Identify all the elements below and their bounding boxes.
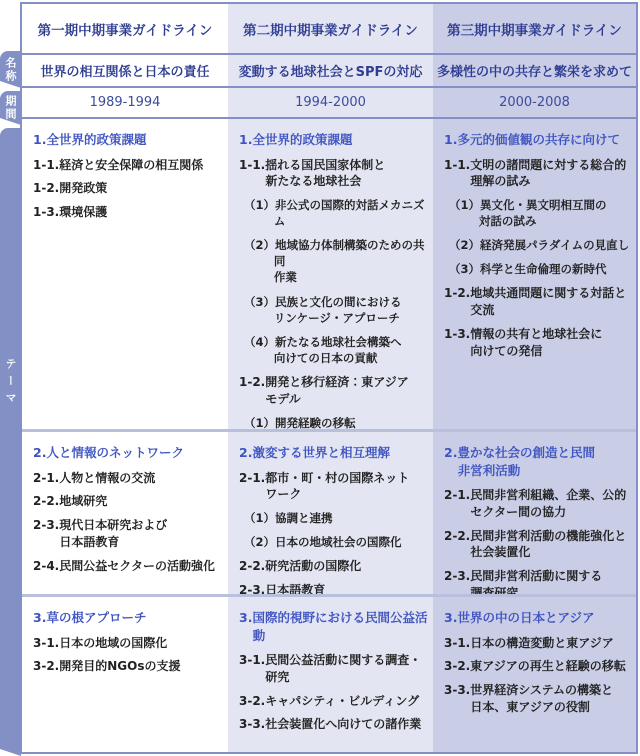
theme-heading: 2.激変する世界と相互理解	[239, 444, 429, 462]
side-tab-period-label: 期間	[0, 95, 21, 121]
column-period-1: 1989-1994	[22, 88, 228, 117]
theme-heading: 1.全世界的政策課題	[239, 131, 429, 149]
theme-cell-3-2: 2.豊かな社会の創造と民間 非営利活動2-1.民間非営利組織、企業、公的 セクタ…	[433, 432, 636, 594]
theme-item: （1）異文化・異文明相互間の 対話の試み	[449, 197, 632, 229]
theme-item: 1-3.情報の共有と地球社会に 向けての発信	[444, 326, 632, 360]
theme-item: 2-3.現代日本研究および 日本語教育	[33, 517, 224, 551]
theme-item: （4）新たなる地球社会構築へ 向けての日本の貢献	[244, 334, 429, 366]
name-row: 世界の相互関係と日本の責任 変動する地球社会とSPFの対応 多様性の中の共存と繁…	[22, 55, 636, 88]
theme-item: 1-2.開発政策	[33, 180, 224, 197]
theme-item: 1-1.経済と安全保障の相互関係	[33, 157, 224, 174]
theme-item: 3-3.世界経済システムの構築と 日本、東アジアの役割	[444, 682, 632, 716]
theme-heading: 2.豊かな社会の創造と民間 非営利活動	[444, 444, 632, 479]
theme-row-1: 1.全世界的政策課題1-1.経済と安全保障の相互関係1-2.開発政策1-3.環境…	[22, 119, 636, 432]
guideline-comparison: 名称 期間 テーマ 第一期中期事業ガイドライン 第二期中期事業ガイドライン 第三…	[0, 0, 640, 756]
comparison-table: 第一期中期事業ガイドライン 第二期中期事業ガイドライン 第三期中期事業ガイドライ…	[20, 2, 638, 754]
theme-item: （1）協調と連携	[244, 510, 429, 526]
theme-cell-1-2: 2.人と情報のネットワーク2-1.人物と情報の交流2-2.地域研究2-3.現代日…	[22, 432, 228, 594]
theme-item: 3-1.日本の地域の国際化	[33, 635, 224, 652]
side-tab-period: 期間	[0, 91, 21, 125]
theme-heading: 3.世界の中の日本とアジア	[444, 609, 632, 627]
theme-item: 1-2.地域共通問題に関する対話と 交流	[444, 285, 632, 319]
theme-item: （3）民族と文化の間における リンケージ・アプローチ	[244, 294, 429, 326]
period-row: 1989-1994 1994-2000 2000-2008	[22, 88, 636, 119]
theme-item: 2-1.人物と情報の交流	[33, 470, 224, 487]
theme-heading: 3.草の根アプローチ	[33, 609, 224, 627]
theme-item: （2）地域協力体制構築のための共同 作業	[244, 237, 429, 285]
theme-cell-3-1: 1.多元的価値観の共存に向けて1-1.文明の諸問題に対する総合的 理解の試み（1…	[433, 119, 636, 429]
theme-cell-1-1: 1.全世界的政策課題1-1.経済と安全保障の相互関係1-2.開発政策1-3.環境…	[22, 119, 228, 429]
theme-heading: 1.多元的価値観の共存に向けて	[444, 131, 632, 149]
theme-item: （2）経済発展パラダイムの見直し	[449, 237, 632, 253]
theme-cell-2-3: 3.国際的視野における民間公益活動3-1.民間公益活動に関する調査・ 研究3-2…	[228, 597, 433, 752]
title-row: 第一期中期事業ガイドライン 第二期中期事業ガイドライン 第三期中期事業ガイドライ…	[22, 4, 636, 55]
theme-item: 2-2.研究活動の国際化	[239, 558, 429, 575]
theme-item: 2-3.日本語教育	[239, 582, 429, 594]
theme-item: 3-3.社会装置化へ向けての諸作業	[239, 716, 429, 733]
theme-cell-2-1: 1.全世界的政策課題1-1.揺れる国民国家体制と 新たなる地球社会（1）非公式の…	[228, 119, 433, 429]
theme-item: 1-1.文明の諸問題に対する総合的 理解の試み	[444, 157, 632, 191]
theme-cell-1-3: 3.草の根アプローチ3-1.日本の地域の国際化3-2.開発目的NGOsの支援	[22, 597, 228, 752]
theme-item: 2-1.都市・町・村の国際ネット ワーク	[239, 470, 429, 504]
theme-heading: 2.人と情報のネットワーク	[33, 444, 224, 462]
theme-item: （1）開発経験の移転	[244, 415, 429, 429]
theme-row-3: 3.草の根アプローチ3-1.日本の地域の国際化3-2.開発目的NGOsの支援 3…	[22, 597, 636, 752]
side-tab-name-label: 名称	[0, 57, 21, 83]
column-name-2: 変動する地球社会とSPFの対応	[228, 55, 433, 86]
theme-row-2: 2.人と情報のネットワーク2-1.人物と情報の交流2-2.地域研究2-3.現代日…	[22, 432, 636, 597]
theme-item: 1-3.環境保護	[33, 204, 224, 221]
side-tab-name: 名称	[0, 51, 21, 88]
theme-item: （1）非公式の国際的対話メカニズム	[244, 197, 429, 229]
column-title-1: 第一期中期事業ガイドライン	[22, 4, 228, 53]
column-title-2: 第二期中期事業ガイドライン	[228, 4, 433, 53]
column-period-3: 2000-2008	[433, 88, 636, 117]
theme-heading: 3.国際的視野における民間公益活動	[239, 609, 429, 644]
theme-item: 3-1.民間公益活動に関する調査・ 研究	[239, 652, 429, 686]
theme-item: （2）日本の地域社会の国際化	[244, 534, 429, 550]
theme-item: 1-1.揺れる国民国家体制と 新たなる地球社会	[239, 157, 429, 191]
column-name-1: 世界の相互関係と日本の責任	[22, 55, 228, 86]
column-title-3: 第三期中期事業ガイドライン	[433, 4, 636, 53]
theme-cell-2-2: 2.激変する世界と相互理解2-1.都市・町・村の国際ネット ワーク（1）協調と連…	[228, 432, 433, 594]
theme-item: 2-4.民間公益セクターの活動強化	[33, 558, 224, 575]
side-tab-theme-label: テーマ	[0, 358, 21, 409]
theme-item: 3-2.キャパシティ・ビルディング	[239, 693, 429, 710]
theme-item: 3-1.日本の構造変動と東アジア	[444, 635, 632, 652]
theme-heading: 1.全世界的政策課題	[33, 131, 224, 149]
theme-item: 3-2.東アジアの再生と経験の移転	[444, 658, 632, 675]
column-period-2: 1994-2000	[228, 88, 433, 117]
theme-cell-3-3: 3.世界の中の日本とアジア3-1.日本の構造変動と東アジア3-2.東アジアの再生…	[433, 597, 636, 752]
theme-item: 2-1.民間非営利組織、企業、公的 セクター間の協力	[444, 487, 632, 521]
theme-item: 1-2.開発と移行経済：東アジア モデル	[239, 374, 429, 408]
theme-item: 3-2.開発目的NGOsの支援	[33, 658, 224, 675]
column-name-3: 多様性の中の共存と繁栄を求めて	[433, 55, 636, 86]
theme-item: 2-2.地域研究	[33, 493, 224, 510]
theme-item: 2-3.民間非営利活動に関する 調査研究	[444, 568, 632, 594]
side-tab-theme: テーマ	[0, 128, 21, 756]
theme-item: 2-2.民間非営利活動の機能強化と 社会装置化	[444, 528, 632, 562]
theme-item: （3）科学と生命倫理の新時代	[449, 261, 632, 277]
